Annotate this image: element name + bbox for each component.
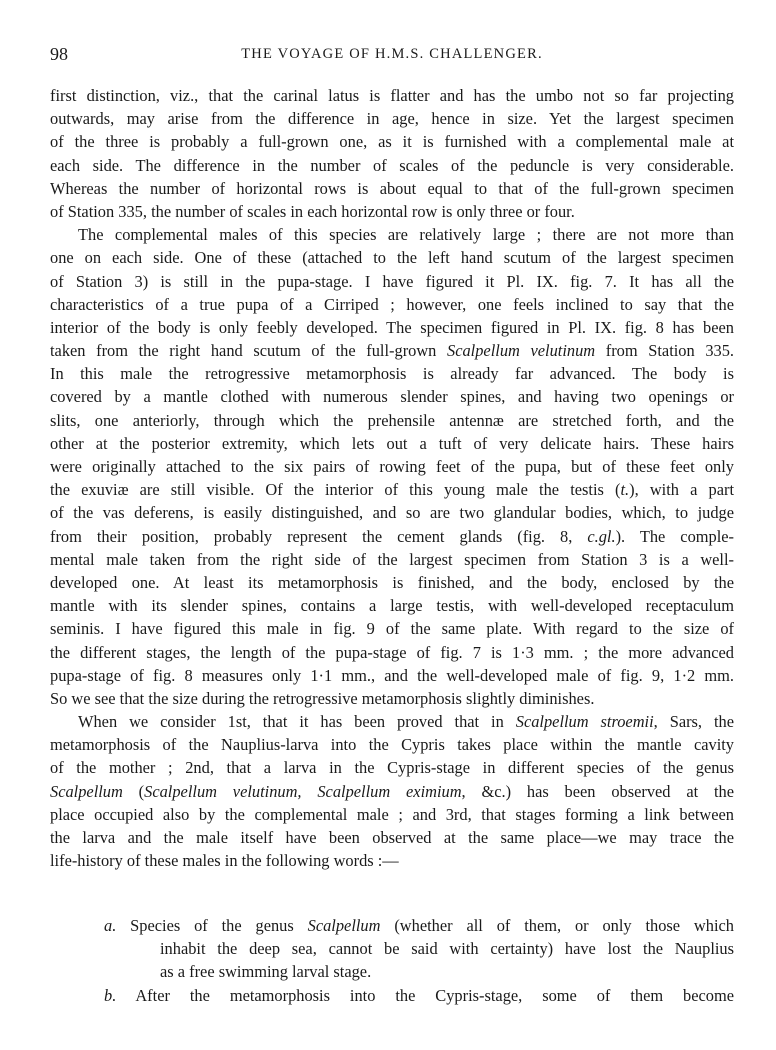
text-line: the larva and the male itself have been … [50, 826, 734, 849]
text-line: of the vas deferens, is easily distingui… [50, 501, 734, 524]
paragraph: The complemental males of this species a… [50, 223, 734, 710]
text-line: Whereas the number of horizontal rows is… [50, 177, 734, 200]
italic-text: t. [621, 480, 630, 499]
text-line: Scalpellum (Scalpellum velutinum, Scalpe… [50, 780, 734, 803]
text-line: In this male the retrogressive metamorph… [50, 362, 734, 385]
text-line: So we see that the size during the retro… [50, 687, 734, 710]
italic-text: c.gl. [587, 527, 615, 546]
text-line: of Station 335, the number of scales in … [50, 200, 734, 223]
text-line: When we consider 1st, that it has been p… [50, 710, 734, 733]
text-line: from their position, probably represent … [50, 525, 734, 548]
text-line: metamorphosis of the Nauplius-larva into… [50, 733, 734, 756]
text-line: the different stages, the length of the … [50, 641, 734, 664]
list-label: a. [104, 914, 116, 937]
text-line: mental male taken from the right side of… [50, 548, 734, 571]
text-line: of the three is probably a full-grown on… [50, 130, 734, 153]
text-line: The complemental males of this species a… [50, 223, 734, 246]
list-label: b. [104, 984, 116, 1007]
text-line: each side. The difference in the number … [50, 154, 734, 177]
italic-text: Scalpellum [308, 916, 381, 935]
running-title: THE VOYAGE OF H.M.S. CHALLENGER. [50, 46, 734, 63]
text-line: slits, one anteriorly, through which the… [50, 409, 734, 432]
text-line: mantle with its slender spines, contains… [50, 594, 734, 617]
text-line: the exuviæ are still visible. Of the int… [50, 478, 734, 501]
text-line: a. Species of the genus Scalpellum (whet… [104, 914, 734, 937]
text-line: inhabit the deep sea, cannot be said wit… [104, 937, 734, 960]
numbered-list: a. Species of the genus Scalpellum (whet… [104, 914, 734, 1007]
text-line: outwards, may arise from the difference … [50, 107, 734, 130]
italic-text: Scalpellum velutinum [447, 341, 595, 360]
body-text: first distinction, viz., that the carina… [50, 84, 734, 872]
text-line: of the mother ; 2nd, that a larva in the… [50, 756, 734, 779]
text-line: characteristics of a true pupa of a Cirr… [50, 293, 734, 316]
page-header: 98 THE VOYAGE OF H.M.S. CHALLENGER. [50, 44, 734, 68]
text-line: were originally attached to the six pair… [50, 455, 734, 478]
text-line: b. After the metamorphosis into the Cypr… [104, 984, 734, 1007]
text-line: interior of the body is only feebly deve… [50, 316, 734, 339]
text-line: place occupied also by the complemental … [50, 803, 734, 826]
text-line: first distinction, viz., that the carina… [50, 84, 734, 107]
text-line: one on each side. One of these (attached… [50, 246, 734, 269]
italic-text: Scalpellum [50, 782, 123, 801]
text-line: other at the posterior extremity, which … [50, 432, 734, 455]
text-line: seminis. I have figured this male in fig… [50, 617, 734, 640]
text-line: pupa-stage of fig. 8 measures only 1·1 m… [50, 664, 734, 687]
text-line: developed one. At least its metamorphosi… [50, 571, 734, 594]
text-line: taken from the right hand scutum of the … [50, 339, 734, 362]
list-item: b. After the metamorphosis into the Cypr… [104, 984, 734, 1007]
italic-text: Scalpellum velutinum, Scalpellum eximium [144, 782, 461, 801]
list-item: a. Species of the genus Scalpellum (whet… [104, 914, 734, 984]
text-line: covered by a mantle clothed with numerou… [50, 385, 734, 408]
paragraph: When we consider 1st, that it has been p… [50, 710, 734, 872]
italic-text: Scalpellum stroemii [516, 712, 654, 731]
text-line: life-history of these males in the follo… [50, 849, 734, 872]
paragraph: first distinction, viz., that the carina… [50, 84, 734, 223]
text-line: of Station 3) is still in the pupa-stage… [50, 270, 734, 293]
text-line: as a free swimming larval stage. [104, 960, 734, 983]
